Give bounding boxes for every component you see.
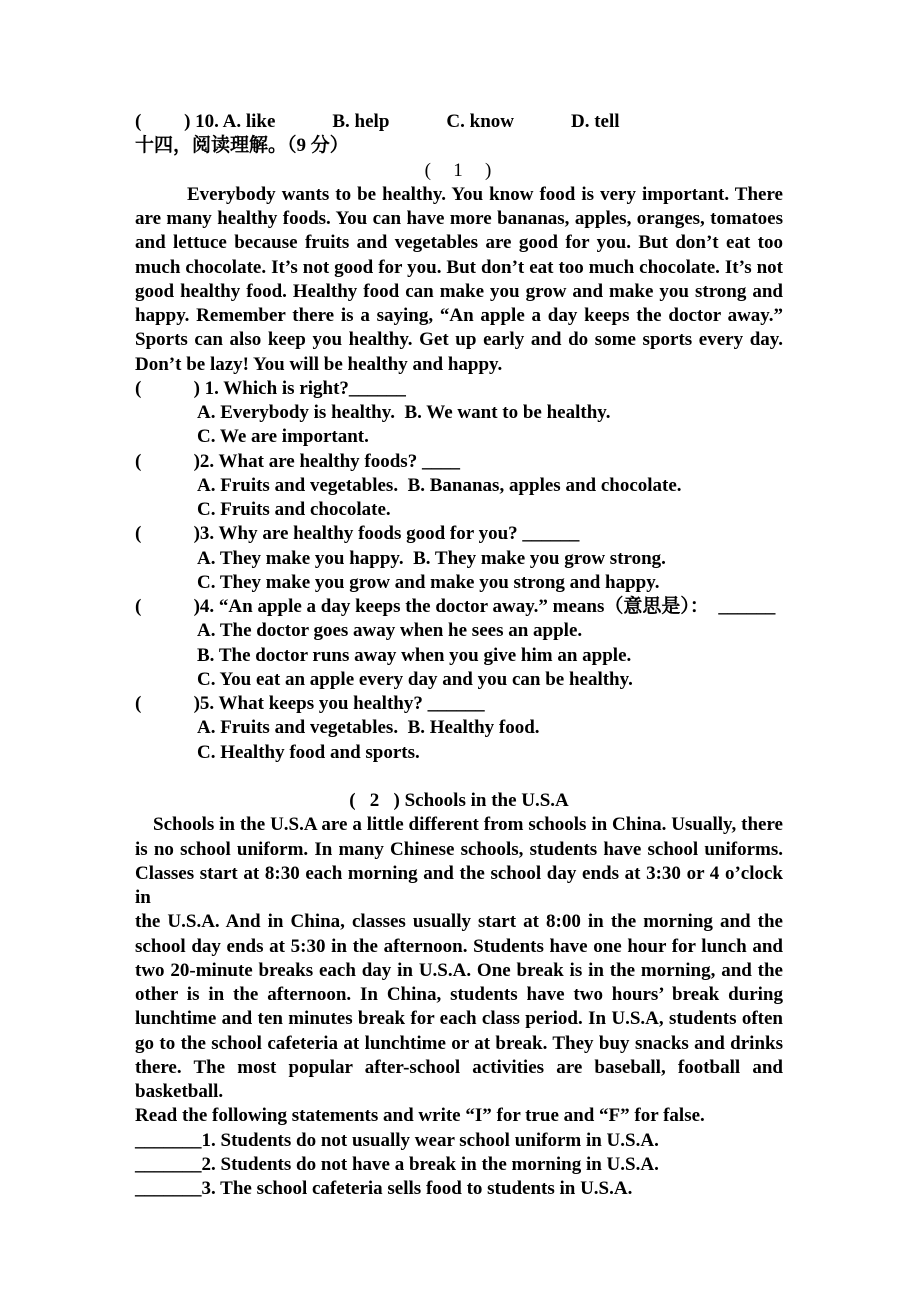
reading1-question-4-option-b: B. The doctor runs away when you give hi… <box>135 644 783 668</box>
passage-1-line: Don’t be lazy! You will be healthy and h… <box>135 353 783 377</box>
passage-1-line: happy. Remember there is a saying, “An a… <box>135 304 783 328</box>
passage-2-line: two 20-minute breaks each day in U.S.A. … <box>135 959 783 983</box>
reading1-question-2-option-c: C. Fruits and chocolate. <box>135 498 783 522</box>
reading1-question-3: ( )3. Why are healthy foods good for you… <box>135 522 783 546</box>
passage-1-line: and lettuce because fruits and vegetable… <box>135 231 783 255</box>
passage-2-title: ( 2 ) Schools in the U.S.A <box>135 789 783 813</box>
passage-2-line: Schools in the U.S.A are a little differ… <box>135 813 783 837</box>
reading1-question-2-options-ab: A. Fruits and vegetables. B. Bananas, ap… <box>135 474 783 498</box>
passage-1-line: Sports can also keep you healthy. Get up… <box>135 328 783 352</box>
passage-2-line: there. The most popular after-school act… <box>135 1056 783 1080</box>
passage-1-line: are many healthy foods. You can have mor… <box>135 207 783 231</box>
reading1-question-1-option-c: C. We are important. <box>135 425 783 449</box>
passage-1-line: Everybody wants to be healthy. You know … <box>135 183 783 207</box>
passage-2-line: go to the school cafeteria at lunchtime … <box>135 1032 783 1056</box>
passage-2-line: Classes start at 8:30 each morning and t… <box>135 862 783 911</box>
reading1-question-3-option-c: C. They make you grow and make you stron… <box>135 571 783 595</box>
passage-2-line: basketball. <box>135 1080 783 1104</box>
true-false-statement-2: _______2. Students do not have a break i… <box>135 1153 783 1177</box>
reading1-question-1-options-ab: A. Everybody is healthy. B. We want to b… <box>135 401 783 425</box>
blank-line <box>135 765 783 789</box>
reading1-question-5-option-c: C. Healthy food and sports. <box>135 741 783 765</box>
reading1-question-2: ( )2. What are healthy foods? ____ <box>135 450 783 474</box>
question-10-options-line: ( ) 10. A. like B. help C. know D. tell <box>135 110 783 134</box>
passage-2-line: other is in the afternoon. In China, stu… <box>135 983 783 1007</box>
passage-2-line: lunchtime and ten minutes break for each… <box>135 1007 783 1031</box>
true-false-statement-1: _______1. Students do not usually wear s… <box>135 1129 783 1153</box>
section-heading-reading-comprehension: 十四，阅读理解。（9 分） <box>135 134 783 158</box>
true-false-instruction: Read the following statements and write … <box>135 1104 783 1128</box>
reading1-question-5: ( )5. What keeps you healthy? ______ <box>135 692 783 716</box>
reading1-question-1: ( ) 1. Which is right?______ <box>135 377 783 401</box>
passage-1-line: much chocolate. It’s not good for you. B… <box>135 256 783 280</box>
passage-2-line: the U.S.A. And in China, classes usually… <box>135 910 783 934</box>
reading1-question-4-option-a: A. The doctor goes away when he sees an … <box>135 619 783 643</box>
reading1-question-3-options-ab: A. They make you happy. B. They make you… <box>135 547 783 571</box>
reading1-question-5-options-ab: A. Fruits and vegetables. B. Healthy foo… <box>135 716 783 740</box>
passage-1-marker: ( 1 ) <box>135 159 783 183</box>
document-content: ( ) 10. A. like B. help C. know D. tell … <box>135 110 783 1201</box>
true-false-statement-3: _______3. The school cafeteria sells foo… <box>135 1177 783 1201</box>
reading1-question-4-option-c: C. You eat an apple every day and you ca… <box>135 668 783 692</box>
passage-2-line: is no school uniform. In many Chinese sc… <box>135 838 783 862</box>
exam-document-page: ( ) 10. A. like B. help C. know D. tell … <box>0 0 920 1302</box>
passage-1-line: good healthy food. Healthy food can make… <box>135 280 783 304</box>
reading1-question-4: ( )4. “An apple a day keeps the doctor a… <box>135 595 783 619</box>
passage-2-line: school day ends at 5:30 in the afternoon… <box>135 935 783 959</box>
